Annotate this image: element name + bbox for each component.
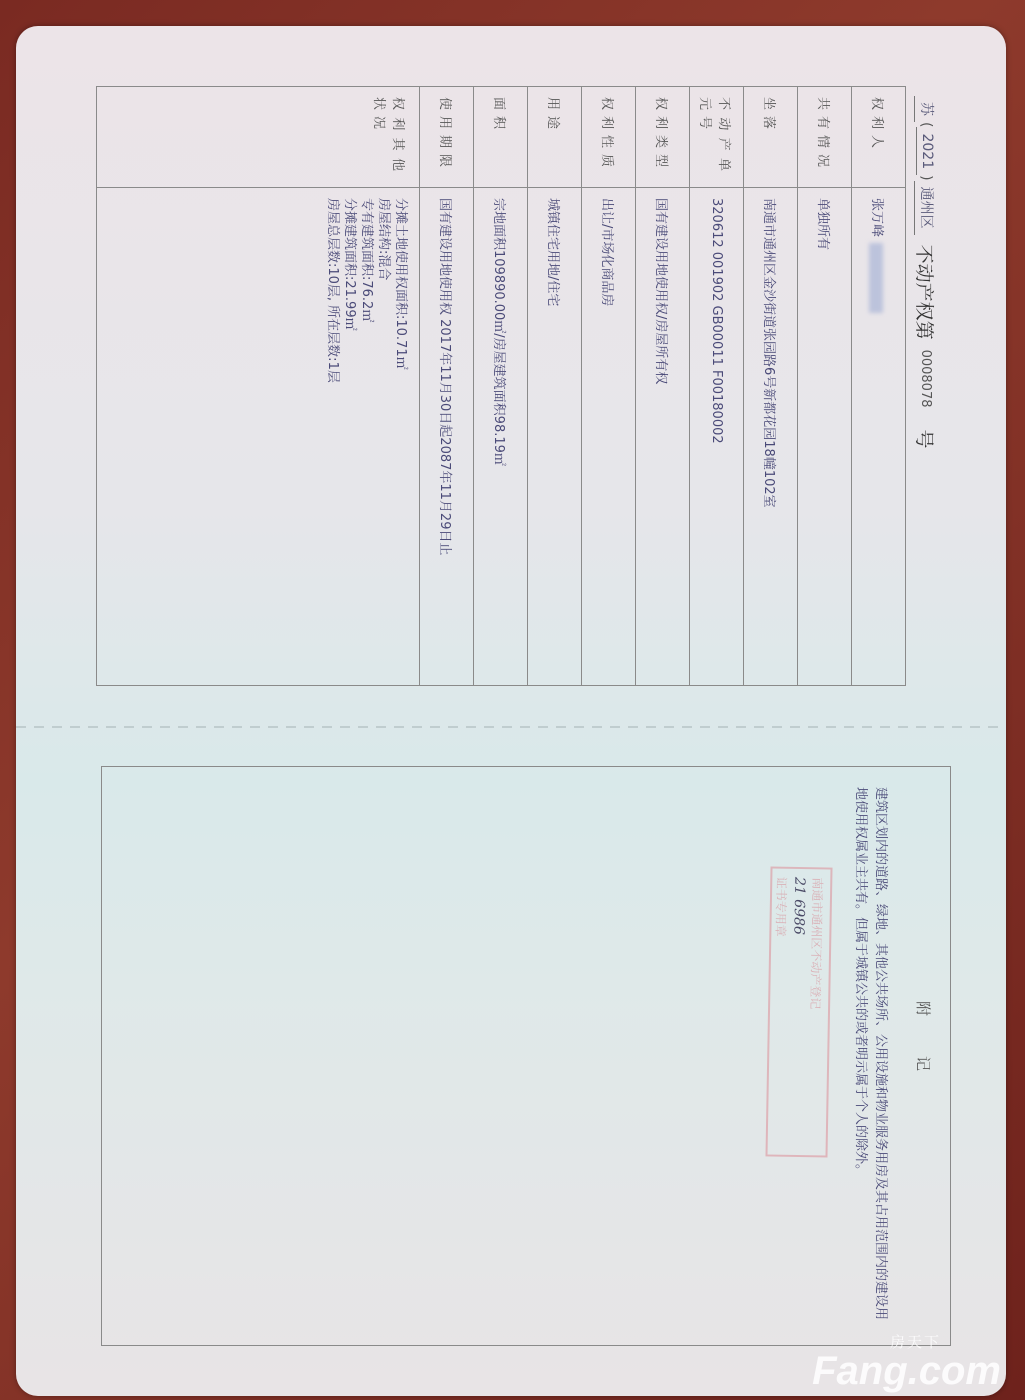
district: 通州区 <box>915 181 938 235</box>
register-row: 坐落南通市通州区金沙街道张园路6号新都花园18幢102室 <box>744 87 798 686</box>
register-value: 宗地面积109890.00㎡/房屋建筑面积98.19㎡ <box>474 188 528 686</box>
notes-title: 附记 <box>913 767 934 1345</box>
cert-number: 0008078 <box>919 350 934 408</box>
registration-stamp: 南通市通州区不动产登记 21 6986 证书专用章 <box>765 866 832 1157</box>
register-value: 单独所有 <box>798 188 852 686</box>
certificate-sheet: 苏 ( 2021 ) 通州区 不动产权第 0008078 号 权利人张万峰共有情… <box>16 26 1006 1396</box>
register-label: 使用期限 <box>420 87 474 188</box>
notes-box: 附记 建筑区划内的道路、绿地、其他公共场所、公用设施和物业服务用房及其占用范围内… <box>101 766 951 1346</box>
register-label: 权利类型 <box>636 87 690 188</box>
register-value: 城镇住宅用地/住宅 <box>528 188 582 686</box>
other-status-line: 分摊建筑面积:21.99㎡ <box>341 198 358 675</box>
other-status-value: 分摊土地使用权面积:10.71㎡房屋结构:混合专有建筑面积:76.2㎡分摊建筑面… <box>97 188 420 686</box>
register-label: 面积 <box>474 87 528 188</box>
certificate-header: 苏 ( 2021 ) 通州区 不动产权第 0008078 号 <box>906 96 946 686</box>
notes-text: 建筑区划内的道路、绿地、其他公共场所、公用设施和物业服务用房及其占用范围内的建设… <box>850 787 890 1327</box>
register-label: 权利性质 <box>582 87 636 188</box>
register-row-other: 权利其他状况分摊土地使用权面积:10.71㎡房屋结构:混合专有建筑面积:76.2… <box>97 87 420 686</box>
other-status-line: 房屋总层数:10层, 所在层数:1层 <box>324 198 341 675</box>
register-table: 权利人张万峰共有情况单独所有坐落南通市通州区金沙街道张园路6号新都花园18幢10… <box>96 86 906 686</box>
notes-page: 附记 建筑区划内的道路、绿地、其他公共场所、公用设施和物业服务用房及其占用范围内… <box>101 766 951 1346</box>
other-status-line: 专有建筑面积:76.2㎡ <box>358 198 375 675</box>
other-status-line: 房屋结构:混合 <box>375 198 392 675</box>
register-row: 使用期限国有建设用地使用权 2017年11月30日起2087年11月29日止 <box>420 87 474 686</box>
register-label: 不动产单元号 <box>690 87 744 188</box>
register-value-text: 国有建设用地使用权 2017年11月30日起2087年11月29日止 <box>437 198 452 555</box>
register-value-text: 城镇住宅用地/住宅 <box>545 198 560 306</box>
register-label: 用途 <box>528 87 582 188</box>
other-status-label: 权利其他状况 <box>97 87 420 188</box>
register-label: 权利人 <box>852 87 906 188</box>
register-row: 面积宗地面积109890.00㎡/房屋建筑面积98.19㎡ <box>474 87 528 686</box>
cert-year: 2021 <box>917 127 936 175</box>
register-row: 不动产单元号320612 001902 GB00011 F00180002 <box>690 87 744 686</box>
register-value: 国有建设用地使用权 2017年11月30日起2087年11月29日止 <box>420 188 474 686</box>
register-label: 共有情况 <box>798 87 852 188</box>
province-prefix: 苏 <box>915 96 938 122</box>
register-row: 用途城镇住宅用地/住宅 <box>528 87 582 686</box>
redacted-id <box>870 243 884 313</box>
register-row: 共有情况单独所有 <box>798 87 852 686</box>
register-value-text: 南通市通州区金沙街道张园路6号新都花园18幢102室 <box>761 198 776 508</box>
register-row: 权利类型国有建设用地使用权/房屋所有权 <box>636 87 690 686</box>
fang-watermark: 房天下 Fang.com <box>812 1331 1001 1390</box>
register-value-text: 320612 001902 GB00011 F00180002 <box>709 198 724 444</box>
page-fold <box>16 726 1006 728</box>
register-label: 坐落 <box>744 87 798 188</box>
cert-title: 不动产权第 <box>913 245 940 340</box>
register-row: 权利人张万峰 <box>852 87 906 686</box>
register-value-text: 宗地面积109890.00㎡/房屋建筑面积98.19㎡ <box>491 198 506 466</box>
register-value-text: 国有建设用地使用权/房屋所有权 <box>653 198 668 384</box>
register-value: 国有建设用地使用权/房屋所有权 <box>636 188 690 686</box>
register-value-text: 单独所有 <box>815 198 830 250</box>
register-row: 权利性质出让/市场化商品房 <box>582 87 636 686</box>
register-value: 出让/市场化商品房 <box>582 188 636 686</box>
register-value: 南通市通州区金沙街道张园路6号新都花园18幢102室 <box>744 188 798 686</box>
register-value-text: 张万峰 <box>869 198 884 237</box>
register-page: 苏 ( 2021 ) 通州区 不动产权第 0008078 号 权利人张万峰共有情… <box>96 96 946 686</box>
register-value-text: 出让/市场化商品房 <box>599 198 614 306</box>
register-value: 320612 001902 GB00011 F00180002 <box>690 188 744 686</box>
register-value: 张万峰 <box>852 188 906 686</box>
other-status-line: 分摊土地使用权面积:10.71㎡ <box>392 198 409 675</box>
